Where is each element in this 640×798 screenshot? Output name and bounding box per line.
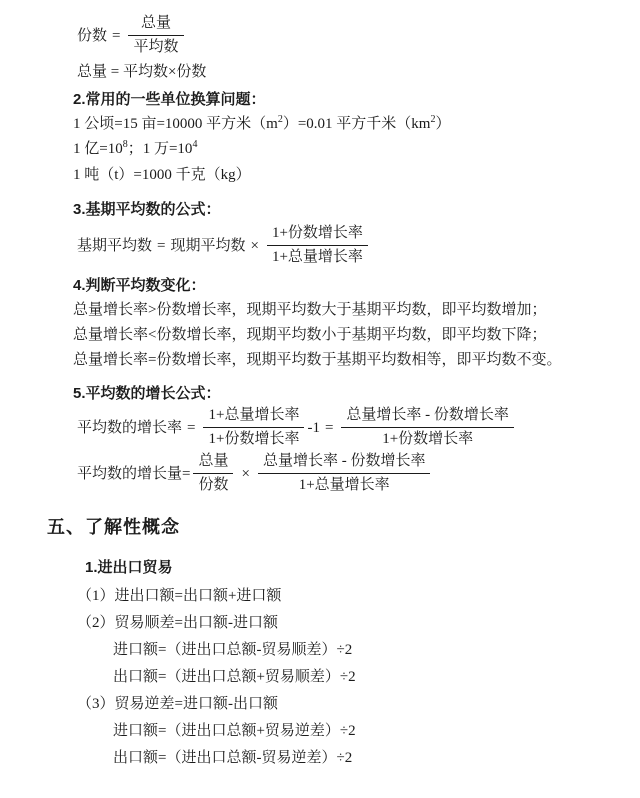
fraction-denominator: 份数	[193, 473, 233, 495]
text-segment: ）=0.01 平方千米（km	[283, 116, 431, 132]
trade-item-3a: 进口额=（进出口总额+贸易逆差）÷2	[113, 721, 602, 741]
fraction-denominator: 1+总量增长率	[258, 473, 431, 495]
heading-judge-change: 4.判断平均数变化：	[73, 276, 602, 296]
unit-line-3: 1 吨（t）=1000 千克（kg）	[73, 165, 602, 185]
formula-lhs: 平均数的增长量=	[77, 464, 190, 484]
equals-sign: =	[325, 418, 333, 438]
formula-growth-rate: 平均数的增长率 = 1+总量增长率 1+份数增长率 -1 = 总量增长率 - 份…	[77, 406, 602, 449]
fraction-numerator: 总量增长率 - 份数增长率	[258, 452, 431, 473]
judge-line-1: 总量增长率>份数增长率，现期平均数大于基期平均数，即平均数增加；	[73, 300, 602, 320]
trade-item-2a: 进口额=（进出口总额-贸易顺差）÷2	[113, 640, 602, 660]
formula-fenshu: 份数 = 总量 平均数	[77, 14, 602, 57]
fraction-denominator: 1+份数增长率	[203, 427, 304, 449]
formula-lhs: 基期平均数	[77, 236, 152, 256]
equals-sign: =	[112, 26, 120, 46]
fraction-denominator: 1+总量增长率	[267, 245, 368, 267]
unit-line-1: 1 公顷=15 亩=10000 平方米（m2）=0.01 平方千米（km2）	[73, 114, 602, 134]
heading-base-average: 3.基期平均数的公式：	[73, 200, 602, 220]
formula-text: 总量 = 平均数×份数	[77, 62, 206, 82]
fraction-numerator: 总量	[128, 14, 183, 35]
trade-item-3b: 出口额=（进出口总额-贸易逆差）÷2	[113, 748, 602, 768]
fraction: 总量 份数	[193, 452, 233, 495]
fraction-numerator: 总量增长率 - 份数增长率	[341, 406, 514, 427]
equals-sign: =	[187, 418, 195, 438]
document-page: 份数 = 总量 平均数 总量 = 平均数×份数 2.常用的一些单位换算问题： 1…	[0, 0, 640, 798]
trade-item-3: （3）贸易逆差=进口额-出口额	[77, 694, 602, 714]
fraction-numerator: 1+份数增长率	[267, 224, 368, 245]
formula-lhs: 平均数的增长率	[77, 418, 182, 438]
formula-zongliang: 总量 = 平均数×份数	[77, 62, 602, 82]
heading-growth-formula: 5.平均数的增长公式：	[73, 384, 602, 404]
fraction: 总量增长率 - 份数增长率 1+份数增长率	[341, 406, 514, 449]
trade-item-2: （2）贸易顺差=出口额-进口额	[77, 613, 602, 633]
multiply-sign: ×	[251, 236, 259, 256]
text-segment: 1 亿=10	[73, 141, 123, 157]
fraction-numerator: 总量	[193, 452, 233, 473]
equals-sign: =	[157, 236, 165, 256]
judge-line-2: 总量增长率<份数增长率，现期平均数小于基期平均数，即平均数下降；	[73, 325, 602, 345]
text-segment: ）	[435, 116, 450, 132]
fraction: 1+总量增长率 1+份数增长率	[203, 406, 304, 449]
superscript: 4	[192, 139, 197, 150]
text-segment: ；1 万=10	[128, 141, 193, 157]
judge-line-3: 总量增长率=份数增长率，现期平均数于基期平均数相等，即平均数不变。	[73, 350, 602, 370]
section-title-five: 五、了解性概念	[47, 515, 602, 539]
minus-one-term: -1	[307, 418, 320, 438]
fraction-denominator: 1+份数增长率	[341, 427, 514, 449]
heading-import-export-trade: 1.进出口贸易	[85, 558, 602, 578]
fraction: 总量增长率 - 份数增长率 1+总量增长率	[258, 452, 431, 495]
formula-base-average: 基期平均数 = 现期平均数 × 1+份数增长率 1+总量增长率	[77, 224, 602, 267]
fraction-numerator: 1+总量增长率	[203, 406, 304, 427]
heading-unit-conversion: 2.常用的一些单位换算问题：	[73, 90, 602, 110]
unit-line-2: 1 亿=108；1 万=104	[73, 139, 602, 159]
formula-growth-amount: 平均数的增长量= 总量 份数 × 总量增长率 - 份数增长率 1+总量增长率	[77, 452, 602, 495]
fraction: 1+份数增长率 1+总量增长率	[267, 224, 368, 267]
text-segment: 1 公顷=15 亩=10000 平方米（m	[73, 116, 278, 132]
fraction: 总量 平均数	[128, 14, 183, 57]
trade-item-2b: 出口额=（进出口总额+贸易顺差）÷2	[113, 667, 602, 687]
formula-lhs: 份数	[77, 26, 107, 46]
formula-term: 现期平均数	[170, 236, 245, 256]
fraction-denominator: 平均数	[128, 35, 183, 57]
trade-item-1: （1）进出口额=出口额+进口额	[77, 586, 602, 606]
multiply-sign: ×	[241, 464, 249, 484]
